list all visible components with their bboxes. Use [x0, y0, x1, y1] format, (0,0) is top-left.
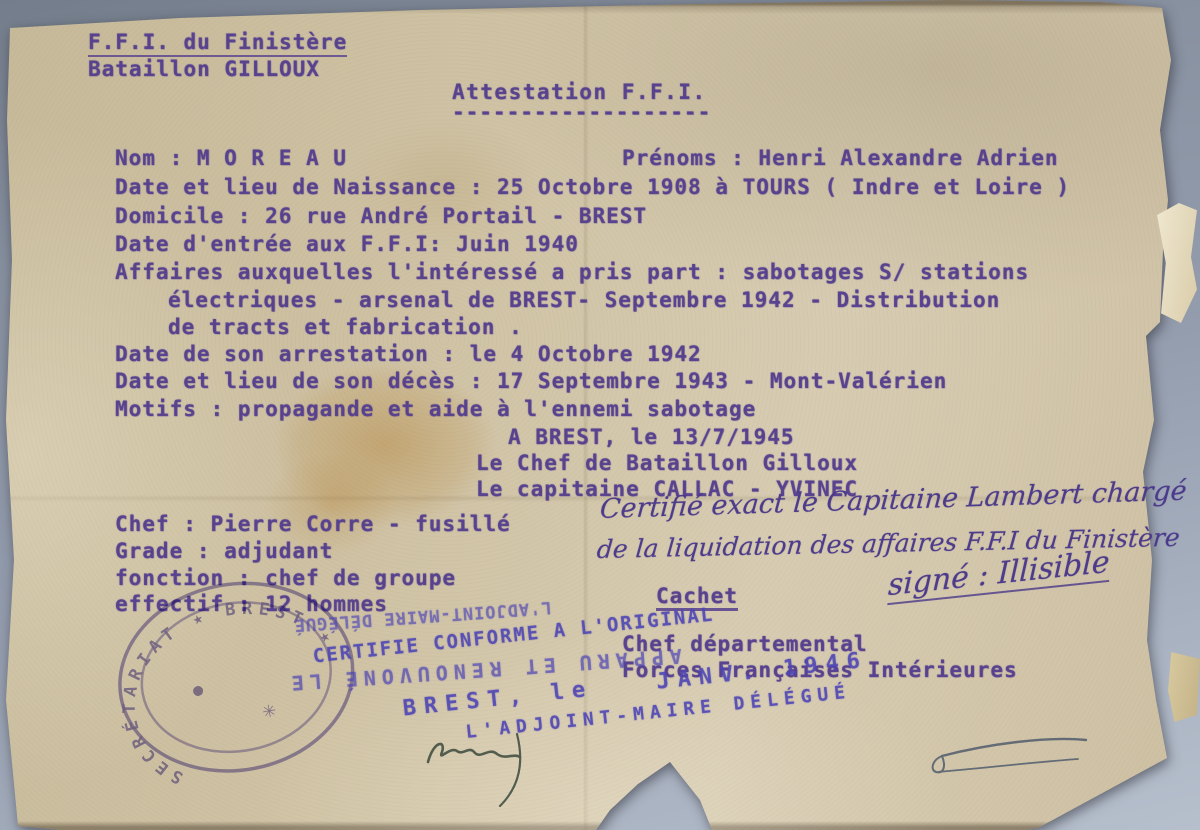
field-prenoms: Prénoms : Henri Alexandre Adrien [622, 146, 1059, 170]
field-motifs: Motifs : propagande et aide à l'ennemi s… [115, 397, 756, 421]
field-deces: Date et lieu de son décès : 17 Septembre… [115, 369, 947, 393]
org-line-2: Bataillon GILLOUX [88, 57, 320, 81]
field-arrestation: Date de son arrestation : le 4 Octobre 1… [115, 342, 702, 366]
torn-fragment [1168, 652, 1200, 722]
title-underline: ------------------- [452, 100, 711, 124]
field-affaires-3: de tracts et fabrication . [168, 315, 523, 339]
field-affaires-2: électriques - arsenal de BREST- Septembr… [168, 288, 1000, 312]
pen-mark [918, 728, 1118, 788]
org-line-1-text: F.F.I. du Finistère [88, 30, 347, 57]
field-affaires-1: Affaires auxquelles l'intéressé a pris p… [115, 260, 1029, 284]
field-domicile: Domicile : 26 rue André Portail - BREST [115, 204, 647, 228]
chef-name-line: Chef : Pierre Corre - fusillé [115, 512, 511, 536]
field-naissance: Date et lieu de Naissance : 25 Octobre 1… [115, 175, 1070, 199]
photo-scene: F.F.I. du Finistère Bataillon GILLOUX At… [0, 0, 1200, 830]
field-nom: Nom : M O R E A U [115, 146, 347, 170]
place-date-line: A BREST, le 13/7/1945 [508, 425, 795, 449]
field-entree: Date d'entrée aux F.F.I: Juin 1940 [115, 232, 579, 256]
chef-bataillon-line: Le Chef de Bataillon Gilloux [476, 451, 858, 475]
org-line-1: F.F.I. du Finistère [88, 30, 347, 54]
signature-ink-squiggle [420, 728, 550, 808]
